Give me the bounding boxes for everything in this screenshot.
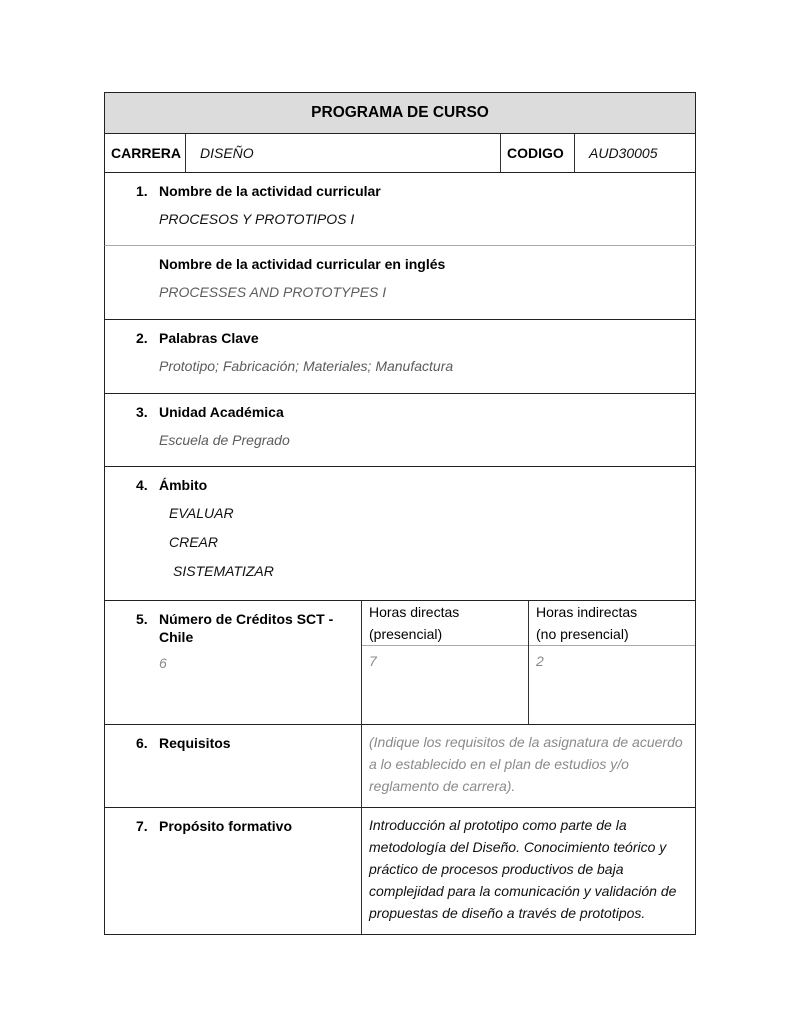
section-heading: Nombre de la actividad curricular en ing… xyxy=(136,256,695,272)
section-academic-unit: 3. Unidad Académica Escuela de Pregrado xyxy=(104,394,696,467)
requirements-value-cell: (Indique los requisitos de la asignatura… xyxy=(362,725,695,807)
indirect-hours-header: Horas indirectas (no presencial) xyxy=(529,601,695,646)
indirect-hours-cell: Horas indirectas (no presencial) 2 xyxy=(529,601,695,724)
section-credits: 5. Número de Créditos SCT - Chile 6 Hora… xyxy=(104,601,696,725)
career-label: CARRERA xyxy=(105,134,186,172)
direct-hours-cell: Horas directas (presencial) 7 xyxy=(362,601,529,724)
requirements-value: (Indique los requisitos de la asignatura… xyxy=(362,725,695,797)
career-value: DISEÑO xyxy=(186,134,501,172)
code-label: CODIGO xyxy=(501,134,575,172)
activity-name-value: PROCESOS Y PROTOTIPOS I xyxy=(136,211,695,227)
section-heading: 1. Nombre de la actividad curricular xyxy=(136,183,695,199)
page-title: PROGRAMA DE CURSO xyxy=(311,104,489,122)
section-activity-name: 1. Nombre de la actividad curricular PRO… xyxy=(104,173,696,246)
career-row: CARRERA DISEÑO CODIGO AUD30005 xyxy=(104,134,696,173)
direct-hours-value: 7 xyxy=(362,646,528,669)
section-scope: 4. Ámbito EVALUAR CREAR SISTEMATIZAR xyxy=(104,467,696,601)
course-program-table: PROGRAMA DE CURSO CARRERA DISEÑO CODIGO … xyxy=(104,92,696,935)
section-heading: 4. Ámbito xyxy=(136,477,695,493)
scope-item: CREAR xyxy=(136,534,695,550)
code-value: AUD30005 xyxy=(575,134,695,172)
credits-value: 6 xyxy=(136,655,361,671)
requirements-label-cell: 6. Requisitos xyxy=(105,725,362,807)
purpose-value-cell: Introducción al prototipo como parte de … xyxy=(362,808,695,934)
section-activity-name-english: Nombre de la actividad curricular en ing… xyxy=(104,246,696,320)
scope-item: SISTEMATIZAR xyxy=(136,563,695,579)
section-requirements: 6. Requisitos (Indique los requisitos de… xyxy=(104,725,696,808)
section-heading: 5. Número de Créditos SCT - xyxy=(136,611,361,627)
indirect-hours-value: 2 xyxy=(529,646,695,669)
credits-cell: 5. Número de Créditos SCT - Chile 6 xyxy=(105,601,362,724)
section-keywords: 2. Palabras Clave Prototipo; Fabricación… xyxy=(104,320,696,394)
direct-hours-header: Horas directas (presencial) xyxy=(362,601,528,646)
table-title-row: PROGRAMA DE CURSO xyxy=(104,92,696,134)
keywords-value: Prototipo; Fabricación; Materiales; Manu… xyxy=(136,358,695,374)
activity-name-english-value: PROCESSES AND PROTOTYPES I xyxy=(136,284,695,300)
section-heading: 7. Propósito formativo xyxy=(136,818,361,834)
section-heading: 3. Unidad Académica xyxy=(136,404,695,420)
academic-unit-value: Escuela de Pregrado xyxy=(136,432,695,448)
purpose-label-cell: 7. Propósito formativo xyxy=(105,808,362,934)
section-heading: 2. Palabras Clave xyxy=(136,330,695,346)
scope-item: EVALUAR xyxy=(136,505,695,521)
section-formative-purpose: 7. Propósito formativo Introducción al p… xyxy=(104,808,696,935)
section-heading: 6. Requisitos xyxy=(136,735,361,751)
purpose-value: Introducción al prototipo como parte de … xyxy=(362,808,695,924)
